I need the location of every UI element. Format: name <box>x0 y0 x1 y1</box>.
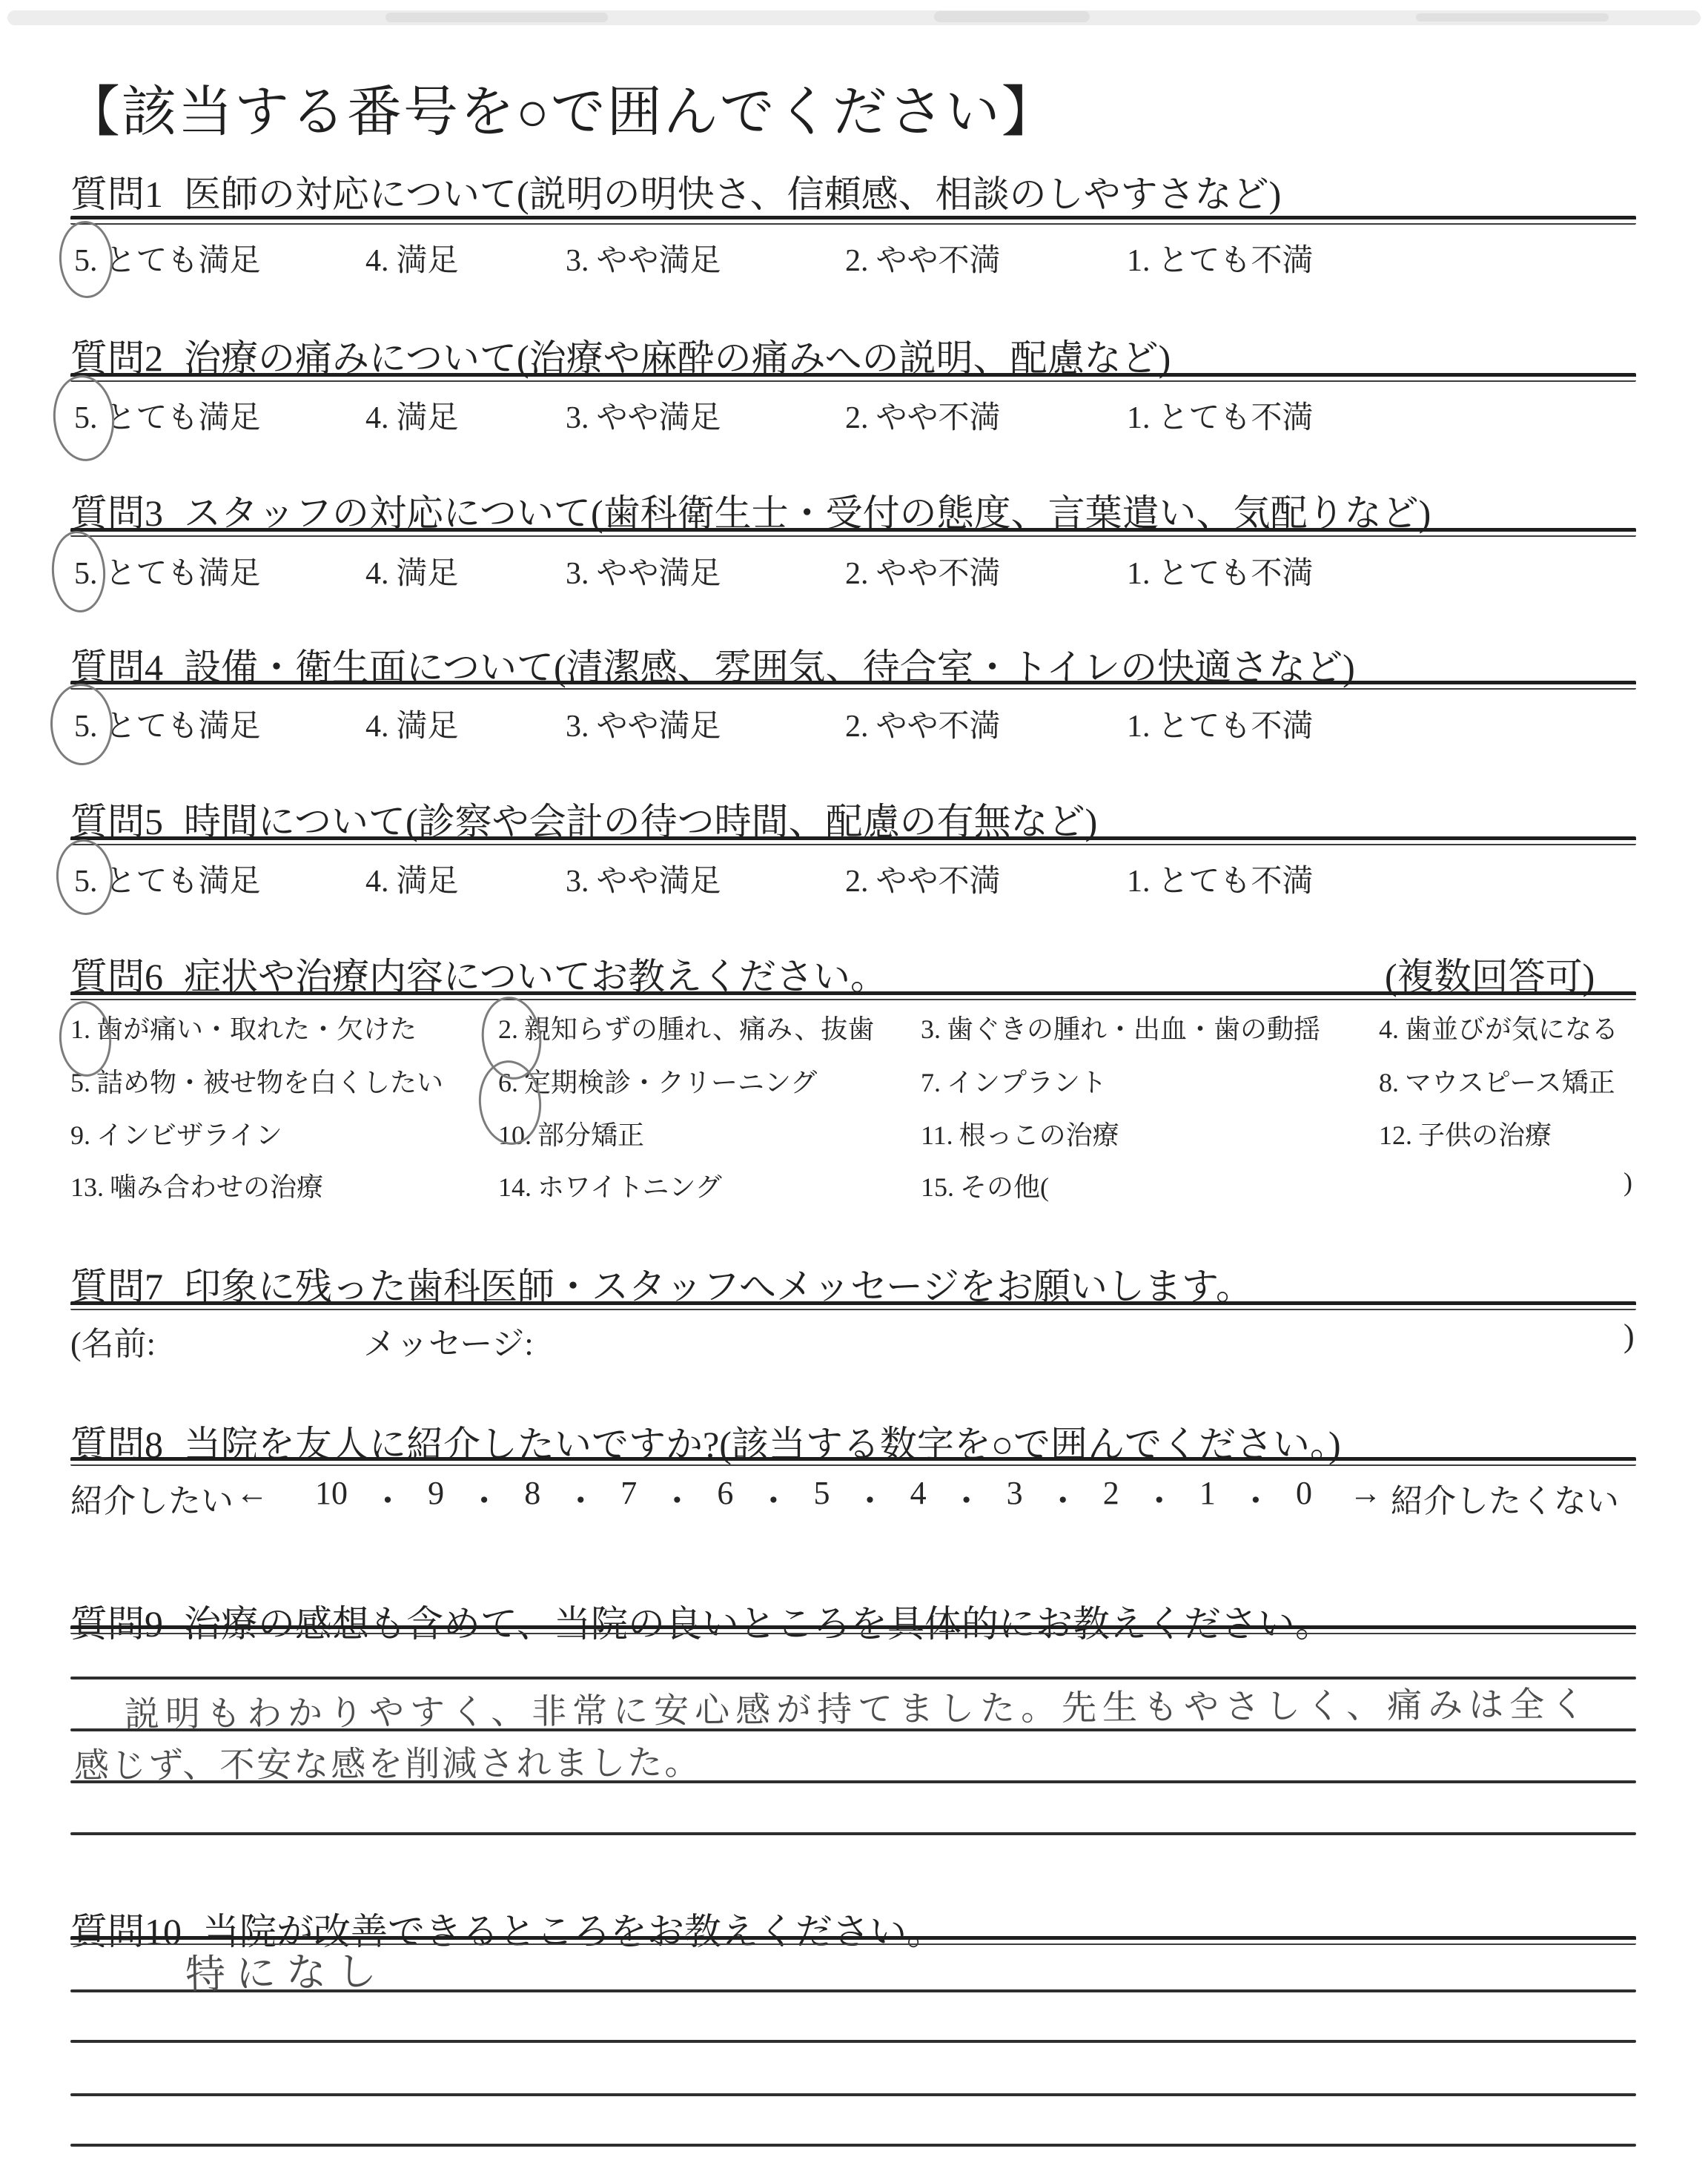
q7-closing-paren: ) <box>1623 1317 1635 1355</box>
option-number: 13. <box>70 1172 104 1202</box>
option-number: 1. <box>1127 244 1151 278</box>
option-number: 2. <box>845 865 869 899</box>
q8-left-arrow-icon: ← <box>236 1474 268 1512</box>
q8-number-3: 3 <box>1007 1474 1023 1512</box>
option-label: やや不満 <box>876 557 1001 591</box>
q8-number-10: 10 <box>315 1474 348 1512</box>
question-3-rule <box>70 528 1636 537</box>
q7-message-label: メッセージ: <box>363 1317 534 1364</box>
question-9-rule <box>70 1625 1636 1634</box>
question-4-option-2: 2.やや不満 <box>845 701 1001 746</box>
option-number: 1. <box>1127 865 1151 899</box>
question-1-title: 質問1医師の対応について(説明の明快さ、信頼感、相談のしやすさなど) <box>70 165 1281 218</box>
question-1-rule <box>70 216 1636 225</box>
q8-number-9: 9 <box>428 1474 444 1512</box>
option-label: とても満足 <box>105 865 261 899</box>
q6-option-7: 7.インプラント <box>921 1062 1107 1100</box>
writing-line <box>70 1832 1636 1835</box>
option-label: やや不満 <box>876 710 1001 744</box>
question-5-rule <box>70 836 1636 845</box>
option-label: 満足 <box>397 865 459 899</box>
q8-number-5: 5 <box>813 1474 830 1512</box>
option-number: 3. <box>566 557 589 591</box>
q8-dot-separator: ・ <box>757 1474 790 1522</box>
option-number: 11. <box>921 1120 953 1150</box>
q8-number-1: 1 <box>1199 1474 1216 1512</box>
option-label: 子供の治療 <box>1418 1120 1552 1150</box>
q8-number-4: 4 <box>910 1474 927 1512</box>
writing-line <box>70 2093 1636 2096</box>
option-label: 歯並びが気になる <box>1405 1014 1618 1044</box>
option-number: 12. <box>1379 1120 1412 1150</box>
question-2-option-2: 2.やや不満 <box>845 393 1001 437</box>
question-4-option-3: 3.やや満足 <box>566 701 721 746</box>
option-label: やや不満 <box>876 401 1001 435</box>
option-number: 1. <box>1127 557 1151 591</box>
scan-smudge <box>934 11 1090 22</box>
question-9-number: 質問9 <box>70 1603 163 1645</box>
option-number: 2. <box>845 244 869 278</box>
option-label: とても満足 <box>105 710 261 744</box>
question-2-option-3: 3.やや満足 <box>566 393 721 437</box>
option-label: やや不満 <box>876 244 1001 278</box>
question-1-option-4: 4.満足 <box>365 236 459 280</box>
q6-option-11: 11.根っこの治療 <box>921 1114 1119 1152</box>
option-number: 3. <box>566 865 589 899</box>
q8-number-scale: 10・9・8・7・6・5・4・3・2・1・0 <box>315 1474 1312 1522</box>
question-7-rule <box>70 1301 1636 1310</box>
q8-right-label: 紹介したくない <box>1391 1474 1619 1522</box>
q8-dot-separator: ・ <box>1239 1474 1272 1522</box>
option-label: やや満足 <box>597 244 721 278</box>
option-number: 9. <box>70 1120 90 1150</box>
q9-handwriting-line-2: 感じず、不安な感を削減されました。 <box>74 1735 702 1788</box>
q8-dot-separator: ・ <box>854 1474 887 1522</box>
question-4-option-1: 1.とても不満 <box>1127 701 1314 746</box>
option-label: 噛み合わせの治療 <box>110 1172 323 1202</box>
option-number: 1. <box>1127 401 1151 435</box>
option-number: 3. <box>921 1014 941 1044</box>
q8-number-8: 8 <box>524 1474 540 1512</box>
question-1-option-1: 1.とても不満 <box>1127 236 1314 280</box>
q10-handwriting: 特になし <box>185 1940 387 2001</box>
option-label: その他( <box>960 1172 1049 1202</box>
option-number: 2. <box>845 710 869 744</box>
option-label: 歯ぐきの腫れ・出血・歯の動揺 <box>947 1014 1320 1044</box>
option-label: インビザライン <box>96 1120 282 1150</box>
option-label: やや不満 <box>876 865 1001 899</box>
option-label: 詰め物・被せ物を白くしたい <box>96 1068 443 1097</box>
option-number: 1. <box>1127 710 1151 744</box>
q8-right-arrow-icon: → <box>1349 1474 1382 1512</box>
question-9-title: 質問9治療の感想も含めて、当院の良いところを具体的にお教えください。 <box>70 1594 1332 1648</box>
question-2-rule <box>70 373 1636 382</box>
option-number: 8. <box>1379 1068 1399 1097</box>
q6-option-4: 4.歯並びが気になる <box>1379 1008 1618 1046</box>
option-number: 4. <box>365 710 389 744</box>
option-number: 14. <box>498 1172 532 1202</box>
q6-option-5: 5.詰め物・被せ物を白くしたい <box>70 1062 443 1100</box>
option-label: やや満足 <box>597 710 721 744</box>
option-label: とても不満 <box>1158 865 1314 899</box>
option-label: 満足 <box>397 557 459 591</box>
option-label: 満足 <box>397 401 459 435</box>
option-label: 歯が痛い・取れた・欠けた <box>96 1014 417 1044</box>
q8-dot-separator: ・ <box>661 1474 693 1522</box>
question-1-text: 医師の対応について(説明の明快さ、信頼感、相談のしやすさなど) <box>184 174 1281 215</box>
q9-handwriting-line-1: 説明もわかりやすく、非常に安心感が持てました。先生もやさしく、痛みは全く <box>125 1677 1592 1737</box>
hand-drawn-circle <box>54 837 116 916</box>
hand-drawn-circle <box>50 373 118 464</box>
q6-closing-paren: ) <box>1623 1166 1632 1198</box>
option-label: 部分矯正 <box>537 1120 644 1150</box>
q8-dot-separator: ・ <box>371 1474 404 1522</box>
q8-dot-separator: ・ <box>950 1474 983 1522</box>
q6-option-9: 9.インビザライン <box>70 1114 282 1152</box>
scanned-survey-page: 【該当する番号を○で囲んでください】質問1医師の対応について(説明の明快さ、信頼… <box>0 0 1708 2160</box>
q6-option-3: 3.歯ぐきの腫れ・出血・歯の動揺 <box>921 1008 1320 1046</box>
question-4-option-4: 4.満足 <box>365 701 459 746</box>
question-1-option-3: 3.やや満足 <box>566 236 721 280</box>
q6-option-6: 6.定期検診・クリーニング <box>498 1062 817 1100</box>
option-number: 4. <box>365 865 389 899</box>
q6-option-13: 13.噛み合わせの治療 <box>70 1166 323 1204</box>
q8-number-0: 0 <box>1296 1474 1312 1512</box>
option-label: やや満足 <box>597 557 721 591</box>
scan-smudge <box>1416 13 1609 22</box>
q6-option-12: 12.子供の治療 <box>1379 1114 1552 1152</box>
question-8-rule <box>70 1457 1636 1466</box>
q8-dot-separator: ・ <box>1143 1474 1176 1522</box>
option-label: やや満足 <box>597 401 721 435</box>
question-3-option-4: 4.満足 <box>365 549 459 593</box>
option-label: 定期検診・クリーニング <box>524 1068 817 1097</box>
q8-number-2: 2 <box>1103 1474 1119 1512</box>
writing-line <box>70 2040 1636 2043</box>
question-4-rule <box>70 681 1636 690</box>
question-5-option-2: 2.やや不満 <box>845 856 1001 901</box>
q6-option-14: 14.ホワイトニング <box>498 1166 722 1204</box>
q8-left-label: 紹介したい <box>70 1474 234 1522</box>
option-label: インプラント <box>947 1068 1107 1097</box>
option-label: とても不満 <box>1158 401 1314 435</box>
q8-dot-separator: ・ <box>468 1474 500 1522</box>
option-number: 4. <box>365 557 389 591</box>
option-label: とても不満 <box>1158 710 1314 744</box>
option-number: 15. <box>921 1172 954 1202</box>
question-2-option-4: 4.満足 <box>365 393 459 437</box>
option-label: 親知らずの腫れ、痛み、抜歯 <box>524 1014 874 1044</box>
question-3-option-1: 1.とても不満 <box>1127 549 1314 593</box>
q8-dot-separator: ・ <box>1047 1474 1079 1522</box>
option-label: 根っこの治療 <box>959 1120 1119 1150</box>
option-number: 4. <box>1379 1014 1399 1044</box>
q7-name-label: (名前: <box>70 1317 156 1364</box>
hand-drawn-circle <box>57 219 114 300</box>
question-1-option-2: 2.やや不満 <box>845 236 1001 280</box>
question-9-text: 治療の感想も含めて、当院の良いところを具体的にお教えください。 <box>184 1603 1332 1645</box>
q8-number-7: 7 <box>620 1474 637 1512</box>
question-10-number: 質問10 <box>70 1911 182 1952</box>
question-3-option-3: 3.やや満足 <box>566 549 721 593</box>
question-5-option-3: 3.やや満足 <box>566 856 721 901</box>
option-number: 3. <box>566 710 589 744</box>
option-label: とても不満 <box>1158 244 1314 278</box>
hand-drawn-circle <box>49 683 114 767</box>
option-number: 3. <box>566 244 589 278</box>
writing-line <box>70 2144 1636 2147</box>
question-2-option-1: 1.とても不満 <box>1127 393 1314 437</box>
option-label: とても満足 <box>105 244 261 278</box>
option-number: 3. <box>566 401 589 435</box>
option-number: 4. <box>365 401 389 435</box>
question-1-number: 質問1 <box>70 174 163 215</box>
question-5-option-1: 1.とても不満 <box>1127 856 1314 901</box>
hand-drawn-circle <box>49 529 107 615</box>
option-label: 満足 <box>397 710 459 744</box>
q6-option-1: 1.歯が痛い・取れた・欠けた <box>70 1008 417 1046</box>
q6-option-8: 8.マウスピース矯正 <box>1379 1062 1615 1100</box>
question-3-option-2: 2.やや不満 <box>845 549 1001 593</box>
q6-option-2: 2.親知らずの腫れ、痛み、抜歯 <box>498 1008 874 1046</box>
option-label: マウスピース矯正 <box>1405 1068 1615 1097</box>
question-5-option-4: 4.満足 <box>365 856 459 901</box>
option-number: 7. <box>921 1068 941 1097</box>
q8-number-6: 6 <box>717 1474 733 1512</box>
option-label: やや満足 <box>597 865 721 899</box>
option-label: とても満足 <box>105 401 261 435</box>
option-number: 2. <box>845 401 869 435</box>
option-number: 2. <box>845 557 869 591</box>
scan-smudge <box>385 13 608 22</box>
option-label: とても満足 <box>105 557 261 591</box>
page-title: 【該当する番号を○で囲んでください】 <box>65 68 1058 147</box>
q6-option-15: 15.その他( <box>921 1166 1049 1204</box>
option-label: ホワイトニング <box>537 1172 722 1202</box>
option-label: とても不満 <box>1158 557 1314 591</box>
option-number: 4. <box>365 244 389 278</box>
question-6-rule <box>70 991 1636 1000</box>
q8-dot-separator: ・ <box>564 1474 597 1522</box>
option-label: 満足 <box>397 244 459 278</box>
